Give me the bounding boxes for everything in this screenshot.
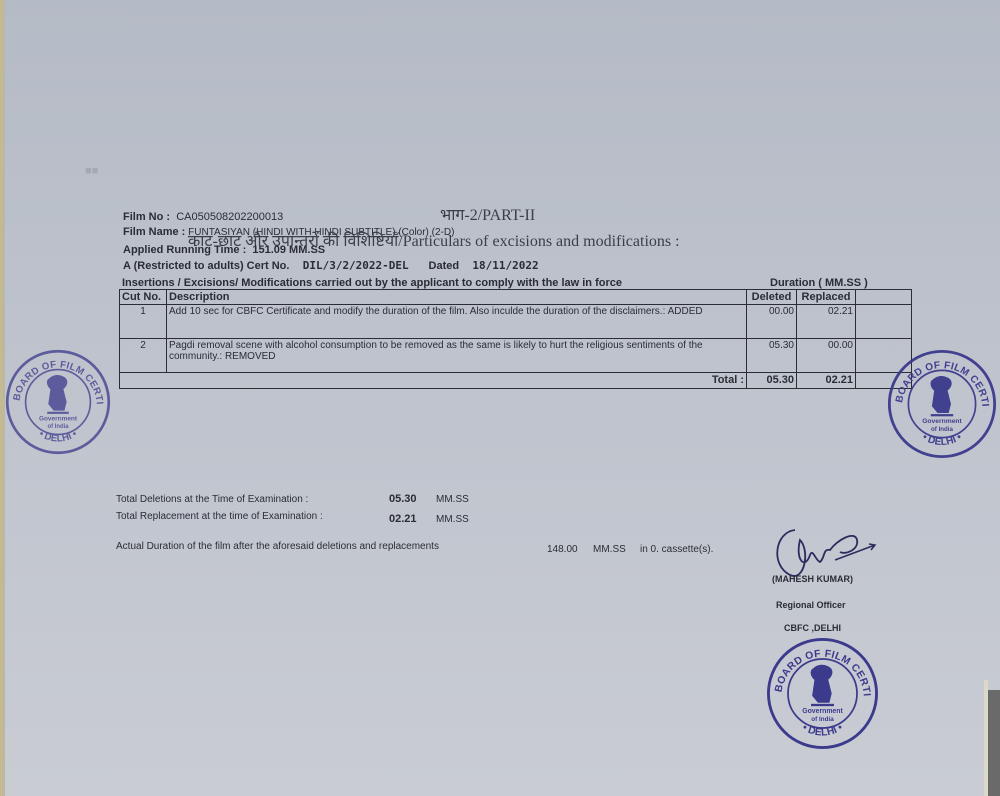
summary-actual: Actual Duration of the film after the af… <box>116 541 439 552</box>
signatory-office: CBFC ,DELHI <box>784 623 841 633</box>
total-deleted: 05.30 <box>747 373 797 389</box>
running-time-value: 151.09 MM.SS <box>252 244 325 256</box>
stamp-right: CENTRAL BOARD OF FILM CERTIFICATION • DE… <box>886 348 998 460</box>
cert-no: DIL/3/2/2022-DEL <box>303 259 409 272</box>
running-time-label: Applied Running Time : <box>123 244 246 256</box>
cell-description: Add 10 sec for CBFC Certificate and modi… <box>167 305 747 339</box>
signatory-role: Regional Officer <box>776 600 846 610</box>
total-replaced: 02.21 <box>797 373 856 389</box>
cert-line: A (Restricted to adults) Cert No. DIL/3/… <box>123 259 539 272</box>
svg-text:Government: Government <box>39 415 78 422</box>
header-replaced: Replaced <box>797 290 856 305</box>
cell-deleted: 05.30 <box>747 339 797 373</box>
svg-text:• DELHI •: • DELHI • <box>37 428 80 444</box>
cell-replaced: 02.21 <box>797 305 856 339</box>
total-label: Total : <box>120 373 747 389</box>
duration-caption: Duration ( MM.SS ) <box>770 277 868 289</box>
svg-text:Government: Government <box>922 418 962 425</box>
running-time-line: Applied Running Time : 151.09 MM.SS <box>123 244 325 256</box>
stamp-left: CENTRAL BOARD OF FILM CERTIFICATION • DE… <box>4 348 112 456</box>
cell-deleted: 00.00 <box>747 305 797 339</box>
dated-value: 18/11/2022 <box>472 259 538 272</box>
film-name-label: Film Name : <box>123 226 185 238</box>
deletions-value: 05.30 <box>389 493 417 505</box>
cell-blank <box>856 305 912 339</box>
svg-text:of India: of India <box>811 716 834 723</box>
header-deleted: Deleted <box>747 290 797 305</box>
replacement-label: Total Replacement at the time of Examina… <box>116 511 323 522</box>
header-description: Description <box>167 290 747 305</box>
film-no-line: Film No : CA050508202200013 <box>123 211 283 223</box>
table-header-row: Cut No. Description Deleted Replaced <box>120 290 912 305</box>
actual-unit: MM.SS <box>593 544 626 555</box>
summary-deletions: Total Deletions at the Time of Examinati… <box>116 494 308 505</box>
cell-cut-no: 1 <box>120 305 167 339</box>
actual-value: 148.00 <box>547 544 578 555</box>
actual-label: Actual Duration of the film after the af… <box>116 541 439 552</box>
cert-label: A (Restricted to adults) Cert No. <box>123 260 289 272</box>
background-surface <box>988 690 1000 796</box>
film-no-value: CA050508202200013 <box>176 211 283 223</box>
cell-replaced: 00.00 <box>797 339 856 373</box>
svg-text:• DELHI •: • DELHI • <box>800 722 845 739</box>
deletions-label: Total Deletions at the Time of Examinati… <box>116 494 308 505</box>
stamp-bottom: CENTRAL BOARD OF FILM CERTIFICATION • DE… <box>765 636 880 751</box>
faint-mark: ■■ <box>85 165 98 177</box>
replacement-unit: MM.SS <box>436 514 469 525</box>
svg-text:• DELHI •: • DELHI • <box>920 432 964 448</box>
paper-edge-right <box>984 680 988 796</box>
header-blank <box>856 290 912 305</box>
summary-replacement: Total Replacement at the time of Examina… <box>116 511 323 522</box>
header-cut-no: Cut No. <box>120 290 167 305</box>
deletions-unit: MM.SS <box>436 494 469 505</box>
part-title: भाग-2/PART-II <box>440 203 535 225</box>
svg-text:of India: of India <box>931 426 953 433</box>
table-row: 1 Add 10 sec for CBFC Certificate and mo… <box>120 305 912 339</box>
dated-label: Dated <box>429 260 460 272</box>
svg-text:Government: Government <box>802 708 843 715</box>
replacement-value: 02.21 <box>389 513 417 525</box>
actual-suffix: in 0. cassette(s). <box>640 544 713 555</box>
table-row: 2 Pagdi removal scene with alcohol consu… <box>120 339 912 373</box>
signatory-name: (MAHESH KUMAR) <box>772 574 853 584</box>
cell-cut-no: 2 <box>120 339 167 373</box>
total-row: Total : 05.30 02.21 <box>120 373 912 389</box>
table-caption: Insertions / Excisions/ Modifications ca… <box>122 277 622 289</box>
cell-description: Pagdi removal scene with alcohol consump… <box>167 339 747 373</box>
cuts-table: Cut No. Description Deleted Replaced 1 A… <box>119 289 912 389</box>
svg-text:of India: of India <box>47 424 69 430</box>
film-no-label: Film No : <box>123 211 170 223</box>
